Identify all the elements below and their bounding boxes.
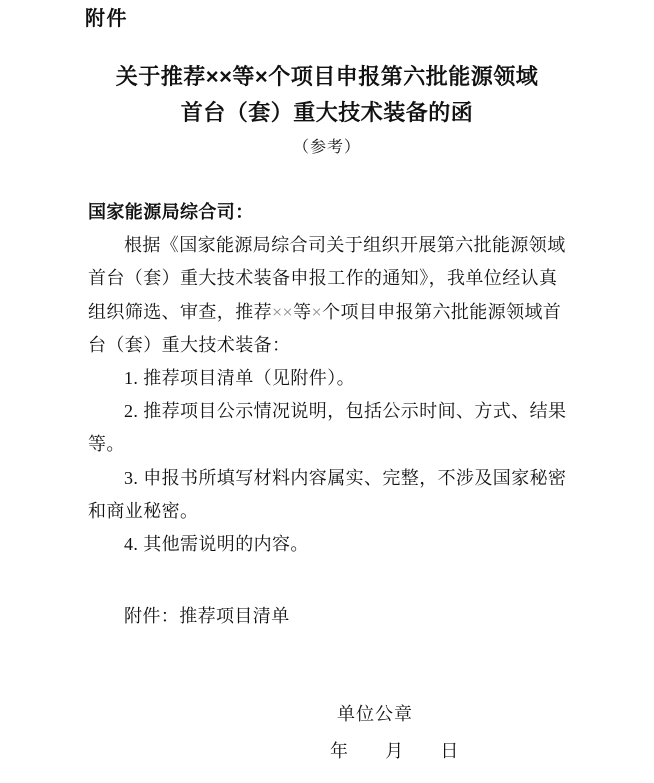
title-line-1: 关于推荐××等×个项目申报第六批能源领域: [0, 59, 654, 95]
body-line: 台（套）重大技术装备：: [88, 329, 578, 362]
title-subtitle: （参考）: [0, 136, 654, 160]
body-line-segment: 等: [293, 302, 311, 322]
body-line: 首台（套）重大技术装备申报工作的通知》，我单位经认真: [88, 262, 578, 295]
document-title: 关于推荐××等×个项目申报第六批能源领域 首台（套）重大技术装备的函 （参考）: [0, 59, 654, 160]
date-line: 年 月 日: [330, 740, 459, 762]
list-item-2: 2. 推荐项目公示情况说明，包括公示时间、方式、结果: [88, 395, 578, 428]
list-item-1: 1. 推荐项目清单（见附件）。: [88, 362, 578, 395]
salutation: 国家能源局综合司：: [88, 196, 578, 229]
body-line: 和商业秘密。: [88, 495, 578, 528]
list-item-4: 4. 其他需说明的内容。: [88, 528, 578, 561]
attachment-label: 附件: [85, 2, 128, 31]
body-line-segment: 组织筛选、审查，推荐: [88, 302, 272, 322]
placeholder-x: ×: [312, 302, 323, 322]
body-line: 等。: [88, 428, 578, 461]
body-line: 组织筛选、审查，推荐××等×个项目申报第六批能源领域首: [88, 296, 578, 329]
body-line: 根据《国家能源局综合司关于组织开展第六批能源领域: [88, 229, 578, 262]
document-page: 附件 关于推荐××等×个项目申报第六批能源领域 首台（套）重大技术装备的函 （参…: [0, 0, 654, 783]
title-line-2: 首台（套）重大技术装备的函: [0, 95, 654, 131]
list-item-3: 3. 申报书所填写材料内容属实、完整，不涉及国家秘密: [88, 462, 578, 495]
placeholder-xx: ××: [272, 302, 293, 322]
attachment-note: 附件：推荐项目清单: [88, 600, 290, 633]
letter-body: 国家能源局综合司： 根据《国家能源局综合司关于组织开展第六批能源领域 首台（套）…: [88, 196, 578, 561]
seal-label: 单位公章: [337, 703, 413, 725]
body-line-segment: 个项目申报第六批能源领域首: [322, 302, 561, 322]
